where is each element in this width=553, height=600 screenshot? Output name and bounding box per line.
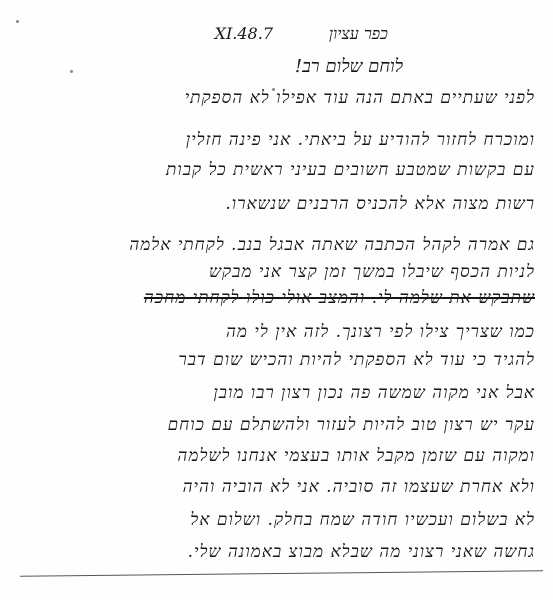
letter-page: כפר עציון 7.XI.48 לוחם שלום רב! לפני שעת…: [0, 0, 553, 600]
letter-line: רשות מצוה אלא להכניס הרבנים שנשארו.: [225, 194, 535, 214]
letter-line: גחשה שאני רצוני מה שבלא מבוצ באמונה שלי.: [188, 542, 535, 562]
letter-line: לא בשלום ועכשיו חודה שמח בחלק. ושלום אל: [190, 510, 535, 530]
letter-line: אבל אני מקוה שמשה פה נכון רצון רבו מובן: [213, 383, 535, 403]
paper-speck: [16, 20, 19, 23]
letter-line: לניות הכסף שיבלו במשך זמן קצר אני מבקש: [209, 262, 535, 282]
letter-line-struck: שתבקש את שלמה לי. והמצב אולי כולו לקחתי …: [144, 288, 535, 308]
letter-line: ומוכרח לחזור להודיע על ביאתי. אני פינה ח…: [186, 130, 535, 150]
paper-speck: [70, 70, 73, 73]
letter-line: עם בקשות שמטבע חשובים בעיני ראשית כל קבו…: [166, 160, 535, 180]
letter-line: להגיד כי עוד לא הספקתי להיות והכיש שום ד…: [178, 350, 535, 370]
paper-speck: [272, 88, 275, 91]
letter-place: כפר עציון: [329, 24, 388, 44]
letter-line: עקר יש רצון טוב להיות לעזור ולהשתלם עם כ…: [168, 415, 535, 435]
letter-line: ולא אחרת שעצמו זה סוביה. אני לא הוביה וה…: [183, 477, 535, 497]
letter-line: לפני שעתיים באתם הנה עוד אפילו לא הספקתי: [185, 88, 535, 108]
letter-line: ומקוה עם שזמן מקבל אותו בעצמי אנחנו לשלמ…: [177, 446, 535, 466]
letter-greeting: לוחם שלום רב!: [295, 56, 403, 77]
letter-line: גם אמרה לקהל הכתבה שאתה אבגל בנב. לקחתי …: [129, 235, 535, 255]
paper-torn-edge: [20, 570, 543, 576]
letter-line: כמו שצריך צילו לפי רצונך. לזה אין לי מה: [226, 322, 535, 342]
letter-date: 7.XI.48: [215, 24, 273, 43]
